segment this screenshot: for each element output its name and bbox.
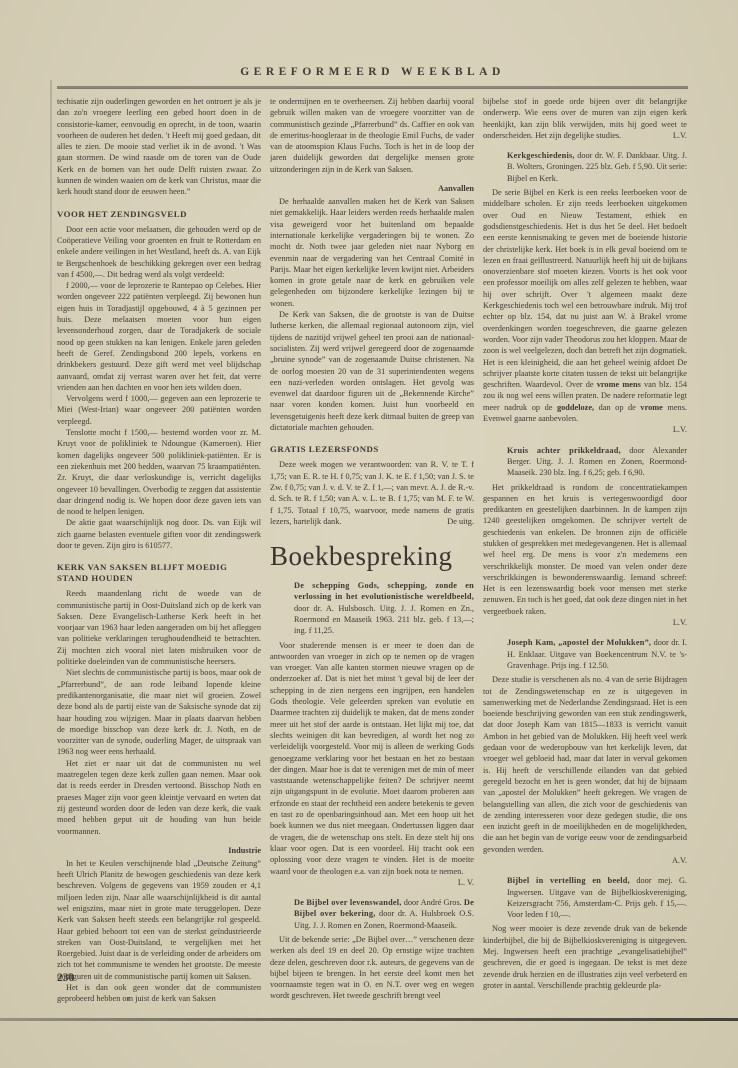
page-number: 230 [57,972,74,984]
book-title: Joseph Kam, „apostel der Molukken”, [507,638,651,647]
book-review-heading: Kruis achter prikkeldraad, door Alexande… [507,445,687,479]
article-paragraph: De aktie gaat waarschijnlijk nog door. D… [57,517,261,551]
book-title: De schepping Gods, schepping, zonde en v… [294,581,474,601]
text-segment: dan op de [594,403,640,412]
section-heading-lezersfonds: GRATIS LEZERSFONDS [270,444,474,455]
text-segment-bold: vrome mens [597,380,641,389]
review-body: Nog weer mooier is deze zevende druk van… [483,923,687,991]
article-columns: techisatie zijn ouderlingen geworden en … [57,96,688,1021]
book-review-heading: De Bijbel over levenswandel, door André … [294,897,474,931]
scan-artifact [127,997,129,1001]
article-paragraph: Het is dan ook geen wonder dat de commun… [57,982,261,1005]
article-paragraph: te ondermijnen en te overheersen. Zij he… [270,96,474,175]
text-segment-bold: vrome [640,403,662,412]
article-paragraph: Niet slechts de communistische partij is… [57,667,261,757]
masthead-title: GEREFORMEERD WEEKBLAD [57,66,688,78]
book-review-heading: Kerkgeschiedenis, door dr. W. F. Dankbaa… [507,150,687,184]
review-body: Voor studerende mensen is er meer te doe… [270,640,474,877]
column-3: bijbelse stof in goede orde bijeen over … [483,96,687,1021]
article-paragraph: Het ziet er naar uit dat de communisten … [57,758,261,837]
article-paragraph: techisatie zijn ouderlingen geworden en … [57,96,261,198]
masthead-rule [57,86,688,89]
subsection-heading-industrie: Industrie [57,845,261,856]
article-paragraph: Reeds maandenlang richt de woede van de … [57,588,261,667]
section-heading-saksen: KERK VAN SAKSEN BLIJFT MOEDIG STAND HOUD… [57,562,261,584]
page-fold-shadow [50,80,52,410]
column-2: te ondermijnen en te overheersen. Zij he… [270,96,474,1021]
scanned-magazine-page: { "meta": { "publication": "GEREFORMEERD… [0,0,738,1068]
article-paragraph: De herhaalde aanvallen maken het de Kerk… [270,196,474,309]
reviewer-initials: L. V. [270,877,474,888]
book-review-heading: Bijbel in vertelling en beeld, door mej.… [507,875,687,920]
book-review-heading: De schepping Gods, schepping, zonde en v… [294,580,474,636]
text-segment: De serie Bijbel en Kerk is een reeks lee… [483,188,687,389]
book-title: Bijbel in vertelling en beeld, [507,876,630,885]
book-publisher-info: door dr. A. Hulsbosch. Uitg. J. J. Romen… [294,604,474,636]
book-title: Kerkgeschiedenis, [507,151,575,160]
review-body: De serie Bijbel en Kerk is een reeks lee… [483,187,687,424]
article-paragraph: f 2000,— voor de leprozerie te Rantepao … [57,280,261,393]
review-body: Uit de bekende serie: „De Bijbel over…” … [270,934,474,1002]
text-segment-bold: goddeloze, [557,403,594,412]
page-bottom-edge [0,1018,738,1021]
reviewer-initials: A.V. [483,855,687,866]
review-body: Deze studie is verschenen als no. 4 van … [483,674,687,855]
subsection-heading-aanvallen: Aanvallen [270,183,474,194]
book-author-info: door André Gros. [402,898,464,907]
review-body: Het prikkeldraad is rondom de concentrat… [483,482,687,618]
book-review-heading: Joseph Kam, „apostel der Molukken”, door… [507,637,687,671]
reviewer-initials: L.V. [483,424,687,435]
book-title: De Bijbel over levenswandel, [294,898,402,907]
reviewer-initials: L.V. [483,617,687,628]
article-paragraph: Door een actie voor melaatsen, die gehou… [57,224,261,280]
column-1: techisatie zijn ouderlingen geworden en … [57,96,261,1021]
article-paragraph: Vervolgens werd f 1000,— gegeven aan een… [57,393,261,427]
section-title-boekbespreking: Boekbespreking [270,541,474,571]
article-paragraph: In het te Keulen verschijnende blad „Deu… [57,858,261,982]
article-paragraph: De Kerk van Saksen, die de grootste is v… [270,309,474,433]
book-title: Kruis achter prikkeldraad, [507,446,621,455]
section-heading-zendingsveld: VOOR HET ZENDINGSVELD [57,209,261,220]
article-paragraph: Tenslotte mocht f 1500,— bestemd worden … [57,427,261,517]
